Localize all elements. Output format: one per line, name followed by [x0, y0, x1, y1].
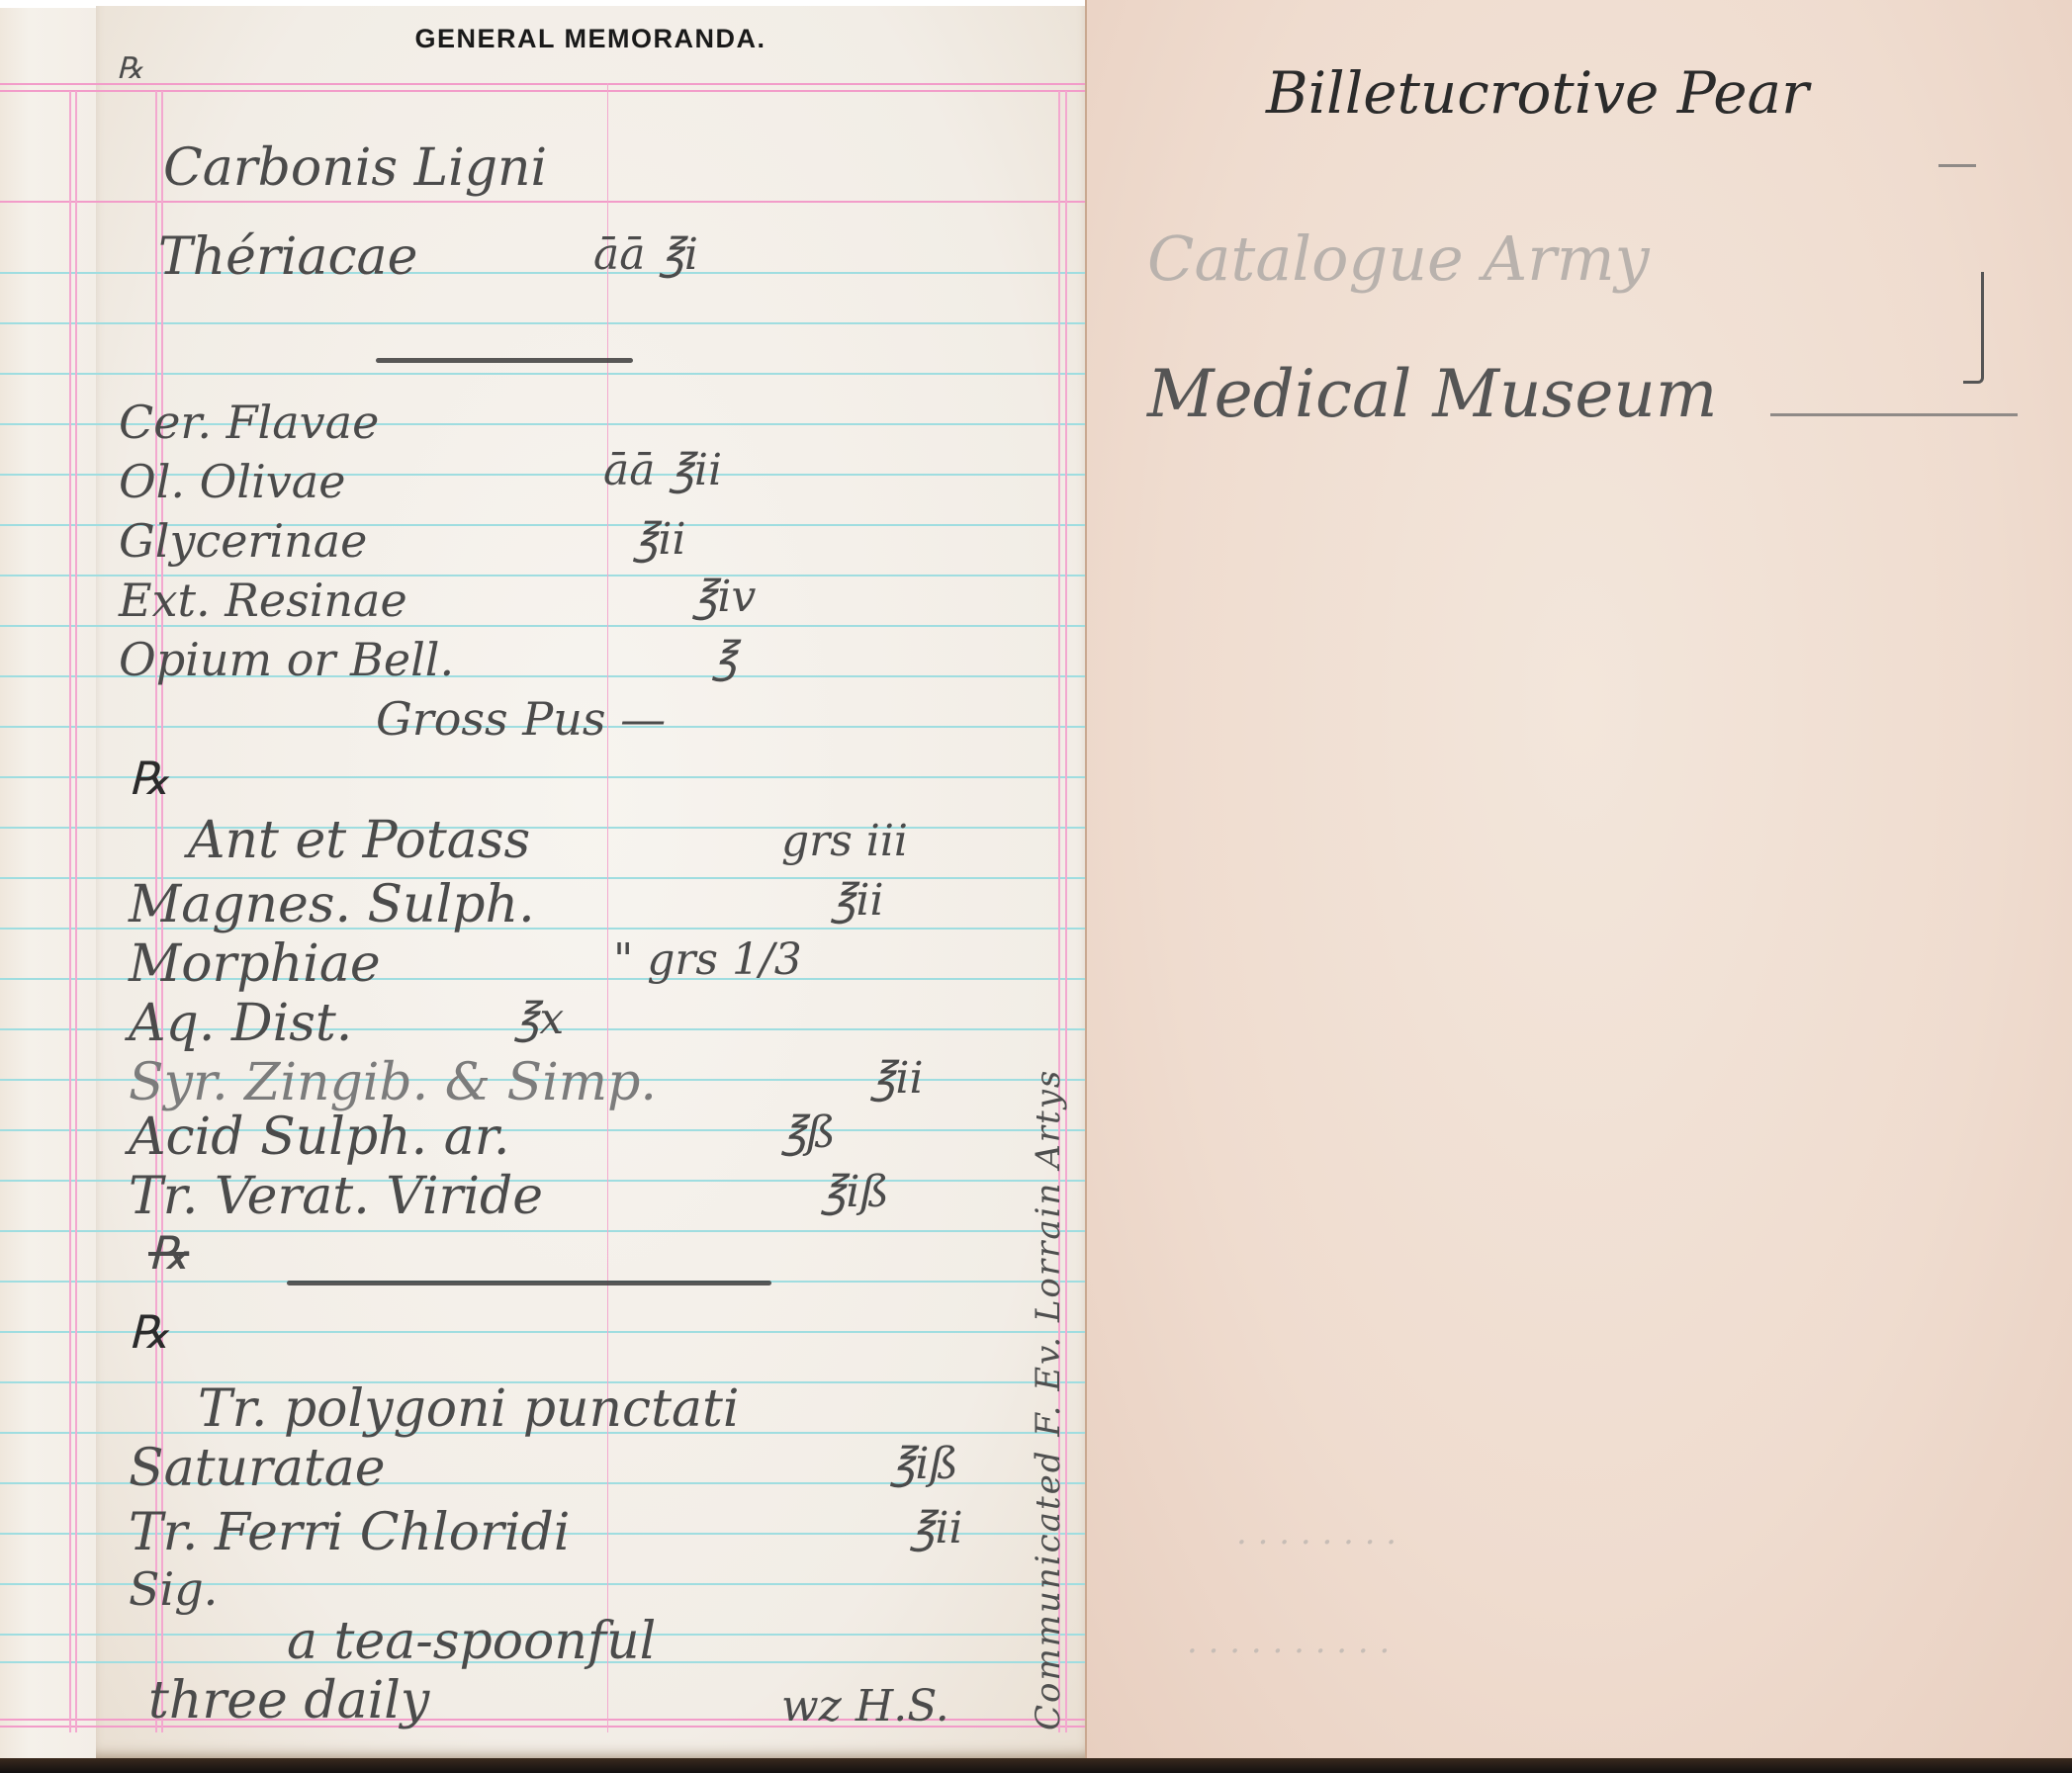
right-page-line-1: Billetucrotive Pear — [1266, 59, 1809, 127]
rx-quantity: āā ℥i — [593, 229, 698, 280]
right-page-line-3: Medical Museum — [1147, 356, 1718, 432]
previous-page-edge — [0, 8, 98, 1758]
rx-quantity: ℥ii — [870, 1053, 924, 1104]
rx-corner-mark: ℞ — [117, 51, 143, 86]
rx-line: Morphiae — [129, 934, 381, 994]
rx-quantity: " grs 1/3 — [613, 934, 802, 985]
rx-symbol: ℞ — [129, 1305, 169, 1359]
rx-quantity: ℥ii — [910, 1503, 963, 1553]
rx-quantity: ℥ii — [831, 875, 884, 926]
rx-line: Opium or Bell. — [119, 633, 454, 686]
crossed-rx-symbol: ℞ — [148, 1226, 189, 1280]
separator-stroke — [287, 1281, 771, 1285]
rx-line: Cer. Flavae — [119, 396, 379, 449]
rx-quantity: wz H.S. — [781, 1681, 949, 1731]
separator-stroke — [376, 358, 633, 363]
rx-line: Saturatae — [129, 1439, 386, 1498]
rx-quantity: ℥ß — [781, 1108, 836, 1158]
margin-vertical-note: Communicated F. Ev. Lorrain Artys — [1029, 1069, 1068, 1730]
rx-line: a tea-spoonful — [287, 1612, 656, 1671]
rx-line: Magnes. Sulph. — [129, 875, 535, 934]
rx-line: Tr. Verat. Viride — [129, 1167, 543, 1226]
rx-line: Ext. Resinae — [119, 574, 407, 627]
column-rule — [607, 83, 608, 1732]
rx-line: Thériacae — [158, 227, 417, 287]
book-bottom-edge — [0, 1758, 2072, 1773]
rx-line: Sig. — [129, 1562, 218, 1616]
rx-note: Gross Pus — — [376, 692, 666, 746]
rx-quantity: ℥x — [514, 994, 564, 1044]
margin-rule — [69, 91, 71, 1732]
rx-line: Acid Sulph. ar. — [129, 1108, 509, 1167]
rx-line: Glycerinae — [119, 514, 367, 568]
notebook-spread: GENERAL MEMORANDA. ℞ Carbonis Ligni Thér… — [0, 0, 2072, 1773]
rx-line: Syr. Zingib. & Simp. — [129, 1053, 657, 1112]
rx-quantity: āā ℥ii — [603, 445, 722, 495]
underline-stroke — [1770, 413, 2018, 416]
rx-line: Tr. polygoni punctati — [198, 1379, 740, 1439]
dash-mark — [1938, 164, 1976, 167]
bracket-mark — [1963, 272, 1984, 384]
rx-line: Aq. Dist. — [129, 994, 352, 1053]
rx-line: Carbonis Ligni — [163, 138, 547, 198]
right-page-line-2: Catalogue Army — [1147, 222, 1650, 295]
rx-line: Ant et Potass — [188, 811, 530, 870]
rx-quantity: ℥iß — [890, 1439, 958, 1489]
pink-rule — [0, 83, 1085, 85]
ghost-offset-marks: · · · · · · · · — [1236, 1523, 1396, 1562]
margin-rule — [75, 91, 77, 1732]
rx-symbol: ℞ — [129, 752, 169, 805]
rx-quantity: grs iii — [781, 816, 908, 866]
rx-quantity: ℥iv — [692, 572, 756, 622]
rx-quantity: ℥ — [712, 633, 737, 683]
rx-line: Tr. Ferri Chloridi — [129, 1503, 570, 1562]
rx-quantity: ℥iß — [821, 1167, 889, 1217]
printed-header: GENERAL MEMORANDA. — [96, 24, 1085, 54]
rx-quantity: ℥ii — [633, 514, 686, 565]
rx-line: Ol. Olivae — [119, 455, 345, 508]
rx-line: three daily — [148, 1671, 429, 1730]
ghost-offset-marks: · · · · · · · · · · — [1187, 1632, 1390, 1671]
